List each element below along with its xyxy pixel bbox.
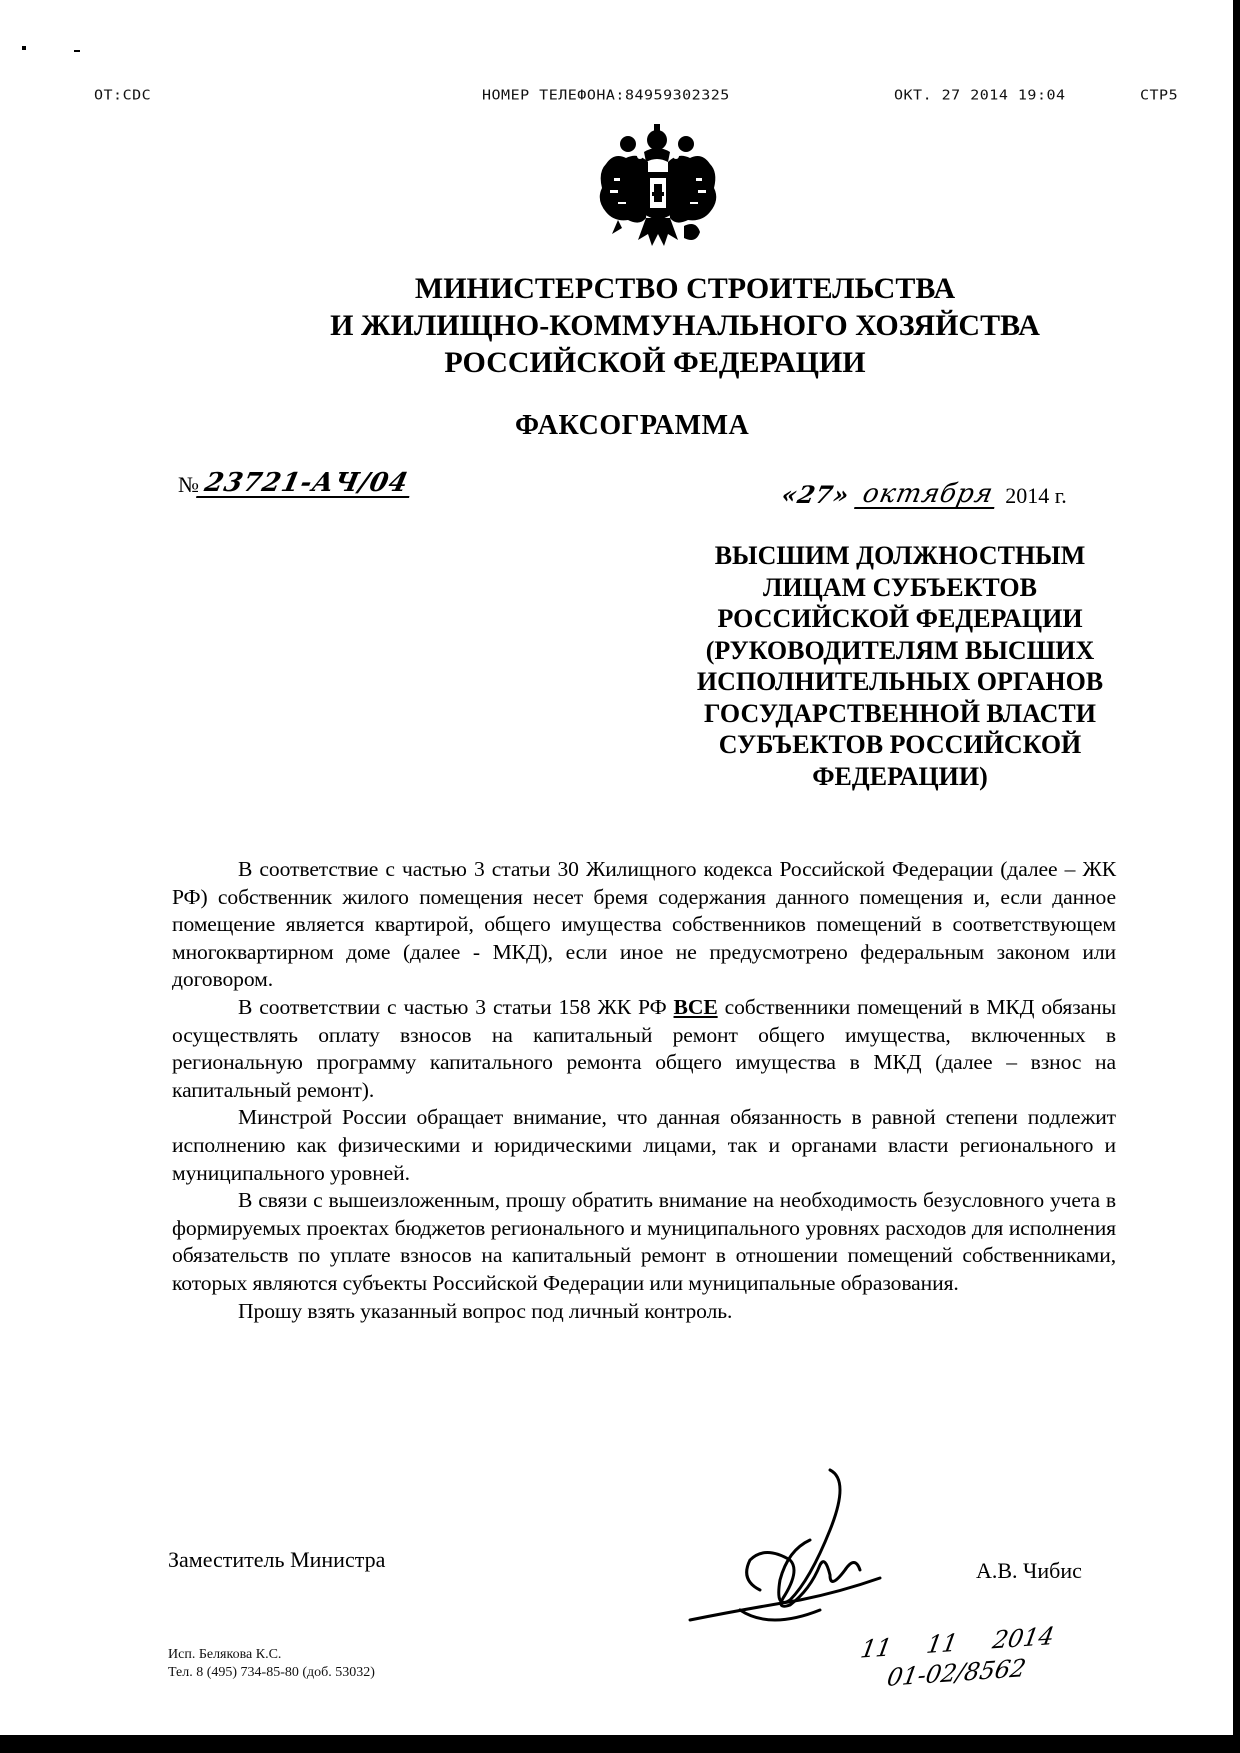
executor-name: Исп. Белякова К.С. — [168, 1646, 375, 1664]
registration-date: «27» октября 2014 г. — [782, 480, 1067, 509]
fax-sender: ОТ:CDC — [94, 87, 151, 103]
addressee-line: ВЫСШИМ ДОЛЖНОСТНЫМ — [690, 540, 1110, 572]
executor-phone: Тел. 8 (495) 734-85-80 (доб. 53032) — [168, 1664, 375, 1682]
executor-info: Исп. Белякова К.С. Тел. 8 (495) 734-85-8… — [168, 1646, 375, 1682]
scan-artifact — [22, 46, 26, 50]
ministry-name-line: И ЖИЛИЩНО-КОММУНАЛЬНОГО ХОЗЯЙСТВА — [0, 307, 1240, 344]
signer-title: Заместитель Министра — [168, 1547, 385, 1573]
fax-page-number: СТР5 — [1140, 87, 1178, 103]
fax-phone-number: НОМЕР ТЕЛЕФОНА:84959302325 — [482, 87, 730, 103]
body-paragraph: Прошу взять указанный вопрос под личный … — [172, 1298, 1116, 1326]
addressee-line: ЛИЦАМ СУБЪЕКТОВ — [690, 572, 1110, 604]
addressee-line: ФЕДЕРАЦИИ) — [690, 761, 1110, 793]
addressee-line: СУБЪЕКТОВ РОССИЙСКОЙ — [690, 729, 1110, 761]
ministry-name-line: МИНИСТЕРСТВО СТРОИТЕЛЬСТВА — [0, 270, 1240, 307]
handwritten-month: октября — [854, 481, 1000, 509]
scan-artifact — [74, 50, 80, 52]
addressee-block: ВЫСШИМ ДОЛЖНОСТНЫМ ЛИЦАМ СУБЪЕКТОВ РОССИ… — [690, 540, 1110, 792]
fax-datetime: ОКТ. 27 2014 19:04 — [894, 87, 1066, 103]
incoming-registration-stamp: 11 11 2014 01-02/8562 — [853, 1621, 1057, 1695]
handwritten-registration-number: 23721-АЧ/04 — [196, 470, 415, 498]
ministry-name: МИНИСТЕРСТВО СТРОИТЕЛЬСТВА И ЖИЛИЩНО-КОМ… — [0, 270, 1240, 381]
letter-body: В соответствие с частью 3 статьи 30 Жили… — [172, 856, 1116, 1325]
signer-name: А.В. Чибис — [976, 1558, 1082, 1584]
emphasis-all: ВСЕ — [674, 995, 718, 1019]
addressee-line: ГОСУДАРСТВЕННОЙ ВЛАСТИ — [690, 698, 1110, 730]
handwritten-day: «27» — [779, 480, 853, 509]
body-paragraph: В соответствие с частью 3 статьи 30 Жили… — [172, 856, 1116, 994]
fax-page: ОТ:CDC НОМЕР ТЕЛЕФОНА:84959302325 ОКТ. 2… — [0, 0, 1240, 1753]
addressee-line: РОССИЙСКОЙ ФЕДЕРАЦИИ — [690, 603, 1110, 635]
scan-edge — [1233, 0, 1240, 1753]
body-paragraph: Минстрой России обращает внимание, что д… — [172, 1104, 1116, 1187]
ministry-name-line: РОССИЙСКОЙ ФЕДЕРАЦИИ — [0, 344, 1240, 381]
handwritten-signature-icon — [680, 1460, 920, 1650]
date-year: 2014 г. — [1005, 483, 1067, 509]
addressee-line: (РУКОВОДИТЕЛЯМ ВЫСШИХ — [690, 635, 1110, 667]
document-type-title: ФАКСОГРАММА — [515, 410, 749, 442]
body-paragraph: В связи с вышеизложенным, прошу обратить… — [172, 1187, 1116, 1297]
scan-bottom-border — [0, 1735, 1240, 1753]
body-paragraph: В соответствии с частью 3 статьи 158 ЖК … — [172, 994, 1116, 1104]
russian-coat-of-arms-icon — [588, 122, 728, 262]
registration-number: № 23721-АЧ/04 — [178, 470, 412, 498]
addressee-line: ИСПОЛНИТЕЛЬНЫХ ОРГАНОВ — [690, 666, 1110, 698]
